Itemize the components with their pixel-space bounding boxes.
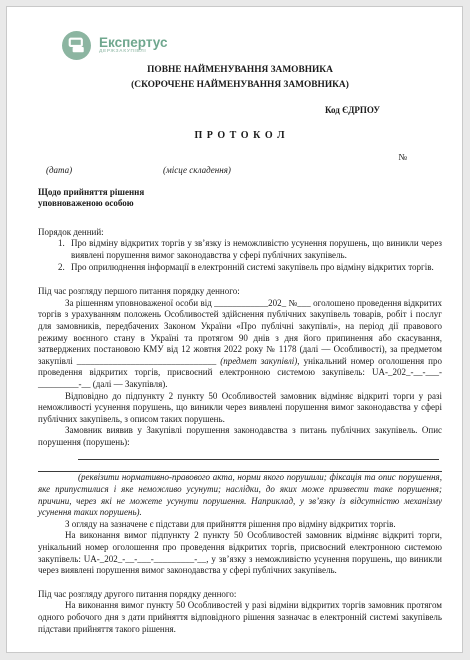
- question1-heading: Під час розгляду першого питання порядку…: [38, 286, 442, 298]
- violation-description-hint: (реквізити нормативно-правового акта, но…: [38, 472, 442, 518]
- violation-description-blank-line-1: [78, 448, 439, 460]
- agenda-item-1-text: Про відміну відкритих торгів у зв’язку і…: [71, 238, 442, 260]
- agenda-item-2-text: Про оприлюднення інформації в електронні…: [71, 262, 434, 272]
- agenda-item-2: 2. Про оприлюднення інформації в електро…: [38, 262, 442, 274]
- question1-paragraph-2: Відповідно до підпункту 2 пункту 50 Особ…: [38, 391, 442, 426]
- violation-description-blank-line-2: [38, 460, 442, 472]
- protocol-number-label: №: [38, 152, 442, 164]
- document-canvas: { "logo": { "brand": "Експертус", "subti…: [0, 0, 470, 660]
- date-placeholder: (дата): [46, 165, 72, 177]
- brand-name: Експертус: [99, 36, 167, 49]
- agenda-item-1: 1. Про відміну відкритих торгів у зв’язк…: [38, 238, 442, 261]
- expertus-logo-icon: [62, 31, 91, 60]
- question1-paragraph-4: З огляду на зазначене є підстави для при…: [38, 519, 442, 531]
- brand-logo: Експертус ДЕРЖЗАКУПІВЛІ: [62, 29, 442, 61]
- document-page: Експертус ДЕРЖЗАКУПІВЛІ ПОВНЕ НАЙМЕНУВАН…: [6, 6, 463, 653]
- customer-short-name: (СКОРОЧЕНЕ НАЙМЕНУВАННЯ ЗАМОВНИКА): [38, 80, 442, 91]
- agenda-item-2-number: 2.: [58, 262, 65, 274]
- question1-paragraph-3: Замовник виявив у Закупівлі порушення за…: [38, 425, 442, 448]
- section-spacer: [38, 577, 442, 589]
- question1-paragraph-1: За рішенням уповноваженої особи від ____…: [38, 298, 442, 391]
- place-placeholder: (місце складення): [163, 165, 231, 177]
- brand-text: Експертус ДЕРЖЗАКУПІВЛІ: [99, 36, 167, 55]
- subject-line-2: уповноваженою особою: [38, 198, 442, 210]
- date-place-row: (дата) (місце складення): [38, 165, 442, 177]
- q1-p1-procurement-subject-note: (предмет закупівлі): [220, 356, 297, 366]
- agenda-item-1-number: 1.: [58, 238, 65, 250]
- subject-line-1: Щодо прийняття рішення: [38, 187, 442, 199]
- question1-paragraph-5: На виконання вимог підпункту 2 пункту 50…: [38, 530, 442, 576]
- question2-paragraph-1: На виконання вимог пункту 50 Особливосте…: [38, 600, 442, 635]
- edrpou-code-label: Код ЄДРПОУ: [38, 105, 442, 117]
- subject-block: Щодо прийняття рішення уповноваженою осо…: [38, 187, 442, 210]
- question2-heading: Під час розгляду другого питання порядку…: [38, 589, 442, 601]
- customer-full-name: ПОВНЕ НАЙМЕНУВАННЯ ЗАМОВНИКА: [38, 65, 442, 76]
- document-title: П Р О Т О К О Л: [38, 130, 442, 142]
- agenda-heading: Порядок денний:: [38, 227, 442, 239]
